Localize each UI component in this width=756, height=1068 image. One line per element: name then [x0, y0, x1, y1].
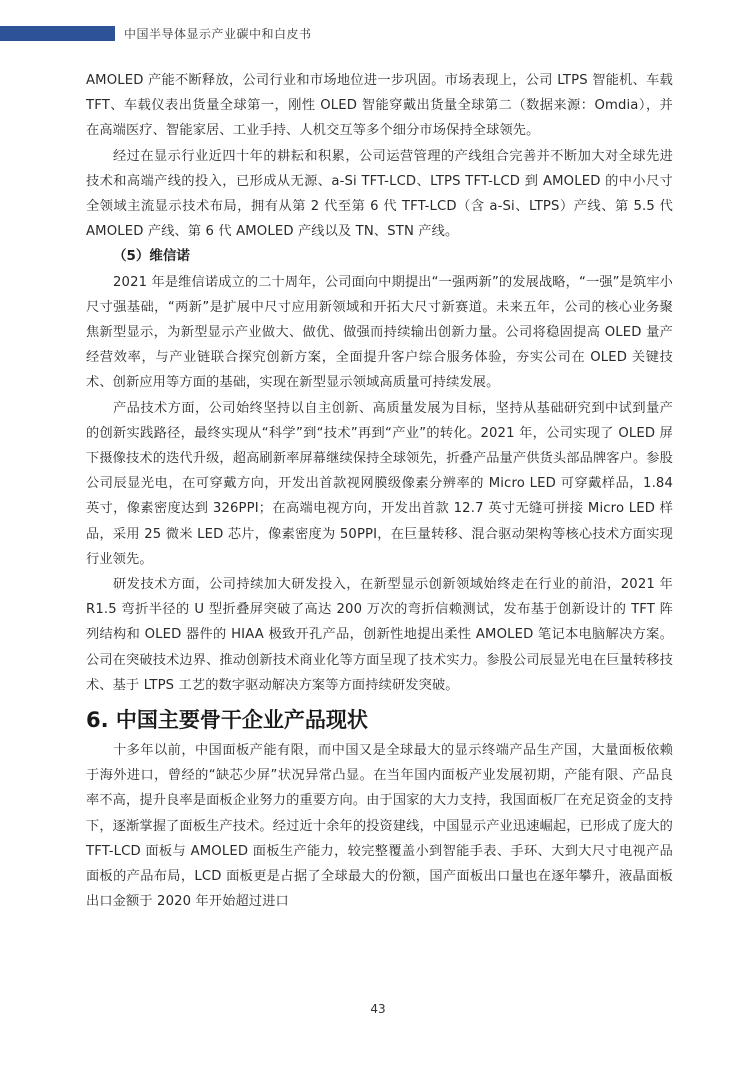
page-body: AMOLED 产能不断释放，公司行业和市场地位进一步巩固。市场表现上，公司 LT…: [86, 68, 673, 915]
subsection-heading: （5）维信诺: [86, 244, 673, 269]
page-number: 43: [0, 1002, 756, 1016]
paragraph: 2021 年是维信诺成立的二十周年，公司面向中期提出“一强两新”的发展战略，“一…: [86, 270, 673, 396]
header-accent-bar: [0, 26, 115, 41]
section-heading: 6. 中国主要骨干企业产品现状: [86, 704, 673, 736]
document-title: 中国半导体显示产业碳中和白皮书: [124, 25, 312, 42]
paragraph: 研发技术方面，公司持续加大研发投入，在新型显示创新领域始终走在行业的前沿，202…: [86, 572, 673, 698]
paragraph: 产品技术方面，公司始终坚持以自主创新、高质量发展为目标，坚持从基础研究到中试到量…: [86, 396, 673, 572]
paragraph: 经过在显示行业近四十年的耕耘和积累，公司运营管理的产线组合完善并不断加大对全球先…: [86, 144, 673, 245]
paragraph: 十多年以前，中国面板产能有限，而中国又是全球最大的显示终端产品生产国，大量面板依…: [86, 738, 673, 914]
paragraph: AMOLED 产能不断释放，公司行业和市场地位进一步巩固。市场表现上，公司 LT…: [86, 68, 673, 144]
